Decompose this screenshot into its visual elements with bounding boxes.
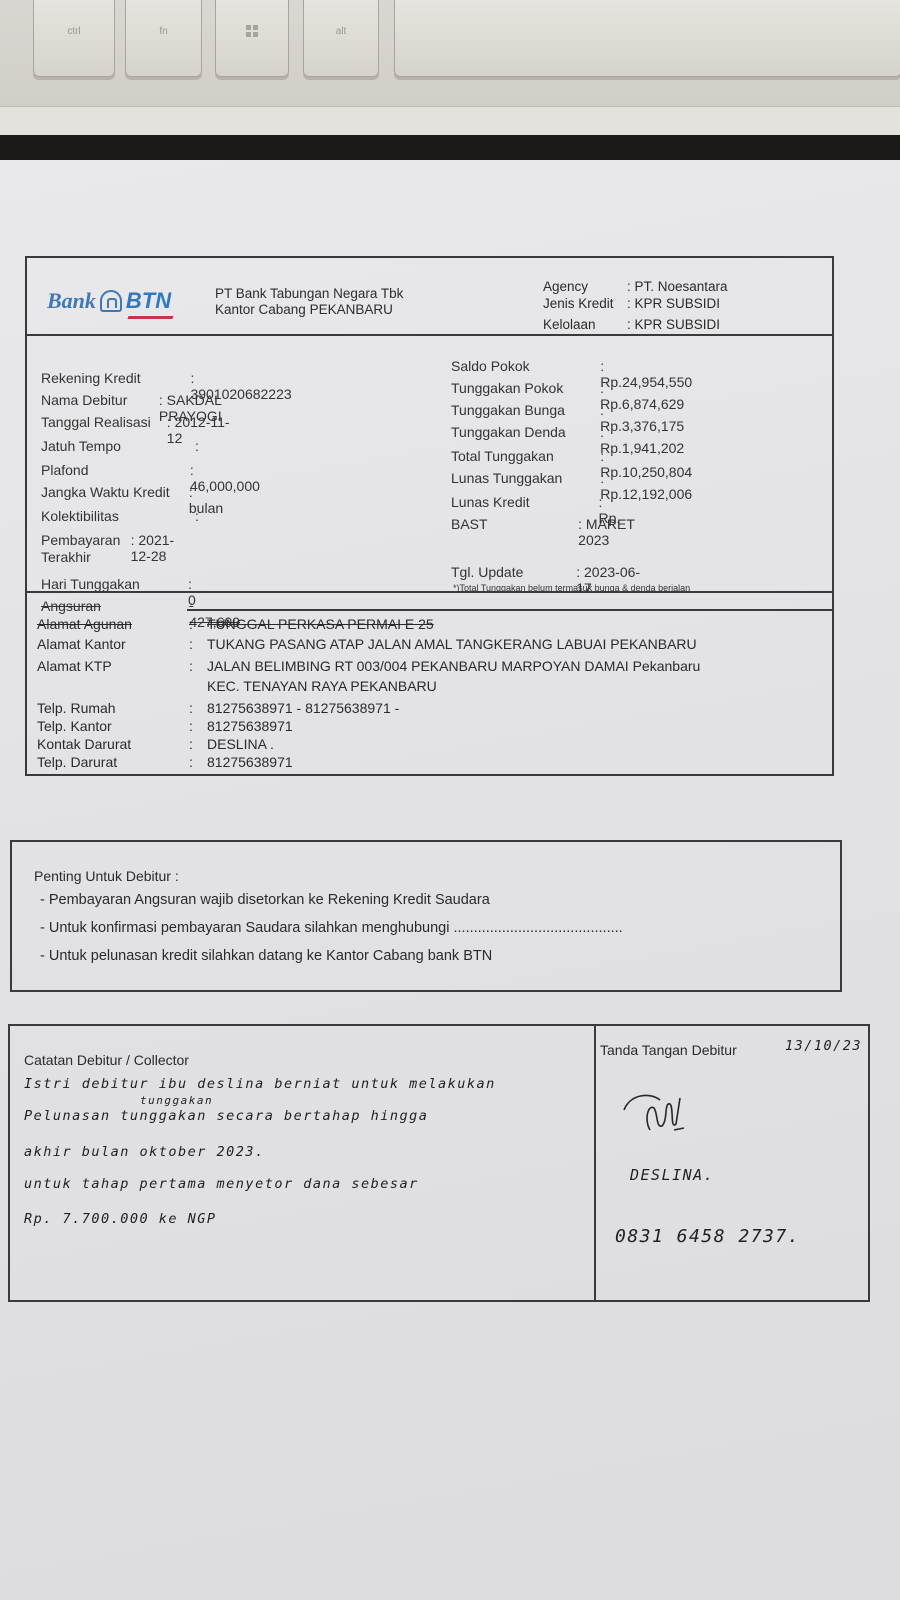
field-label: Jatuh Tempo — [41, 438, 195, 454]
notice-item: - Pembayaran Angsuran wajib disetorkan k… — [40, 892, 490, 908]
meta-agency: Agency: PT. Noesantara — [543, 278, 728, 295]
field-value: : MARET 2023 — [578, 516, 654, 548]
colon: : — [189, 736, 207, 752]
spacebar — [394, 0, 900, 77]
handwritten-note-line: akhir bulan oktober 2023. — [24, 1144, 265, 1160]
handwritten-note-line: Istri debitur ibu deslina berniat untuk … — [24, 1076, 496, 1092]
field-row: Jatuh Tempo: — [41, 438, 199, 454]
address-row: Telp. Rumah:81275638971 - 81275638971 - — [37, 700, 399, 716]
colon: : — [189, 616, 207, 632]
field-label: Alamat KTP — [37, 658, 189, 694]
address-row: Alamat Kantor:TUKANG PASANG ATAP JALAN A… — [37, 636, 697, 652]
logo-btn-text: BTN — [126, 288, 171, 314]
header-meta: Agency: PT. Noesantara Jenis Kredit: KPR… — [543, 278, 728, 333]
colon: : — [189, 718, 207, 734]
account-info-box: Bank BTN PT Bank Tabungan Negara Tbk Kan… — [25, 256, 834, 776]
field-label: Telp. Kantor — [37, 718, 189, 734]
signature-title: Tanda Tangan Debitur — [600, 1042, 737, 1058]
field-value: DESLINA . — [207, 736, 274, 752]
signatory-phone: 0831 6458 2737. — [615, 1226, 800, 1247]
field-label: Telp. Darurat — [37, 754, 189, 770]
field-row: Kolektibilitas: — [41, 508, 199, 524]
field-value: : — [195, 438, 199, 454]
handwritten-note-line: untuk tahap pertama menyetor dana sebesa… — [24, 1176, 419, 1192]
alt-key: alt — [303, 0, 379, 77]
keyboard-edge — [0, 106, 900, 135]
colon: : — [189, 754, 207, 770]
field-label: Alamat Agunan — [37, 616, 189, 632]
field-value: TUNGGAL PERKASA PERMAI E 25 — [207, 616, 434, 632]
field-row: BAST: MARET 2023 — [451, 516, 654, 548]
notes-divider — [594, 1026, 596, 1300]
windows-icon — [246, 25, 258, 37]
notice-title: Penting Untuk Debitur : — [34, 868, 179, 884]
colon: : — [189, 700, 207, 716]
signature-mark — [620, 1090, 700, 1146]
meta-jenis-kredit: Jenis Kredit: KPR SUBSIDI — [543, 295, 728, 312]
logo-bank-text: Bank — [47, 288, 96, 314]
section-divider-2 — [187, 609, 832, 611]
field-value: : — [195, 508, 199, 524]
colon: : — [189, 636, 207, 652]
field-value: JALAN BELIMBING RT 003/004 PEKANBARU MAR… — [207, 658, 700, 674]
field-value: TUKANG PASANG ATAP JALAN AMAL TANGKERANG… — [207, 636, 697, 652]
document-paper: Bank BTN PT Bank Tabungan Negara Tbk Kan… — [0, 160, 900, 1600]
header-divider — [27, 334, 832, 336]
branch-name: Kantor Cabang PEKANBARU — [215, 302, 403, 318]
notice-item: - Untuk konfirmasi pembayaran Saudara si… — [40, 920, 623, 936]
field-row: Pembayaran Terakhir: 2021-12-28 — [41, 532, 177, 566]
field-label: Alamat Kantor — [37, 636, 189, 652]
company-name: PT Bank Tabungan Negara Tbk — [215, 286, 403, 302]
address-row: Alamat KTP:JALAN BELIMBING RT 003/004 PE… — [37, 658, 700, 694]
signature-date: 13/10/23 — [785, 1038, 862, 1054]
field-value: 81275638971 - 81275638971 - — [207, 700, 399, 716]
field-label: Kolektibilitas — [41, 508, 195, 524]
field-value: : 2021-12-28 — [131, 532, 177, 566]
address-row: Telp. Kantor:81275638971 — [37, 718, 293, 734]
signatory-name: DESLINA. — [630, 1166, 714, 1184]
notes-title: Catatan Debitur / Collector — [24, 1052, 189, 1068]
notice-box: Penting Untuk Debitur : - Pembayaran Ang… — [10, 840, 842, 992]
bank-btn-logo: Bank BTN — [47, 288, 171, 314]
field-value-line2: KEC. TENAYAN RAYA PEKANBARU — [207, 678, 700, 694]
keyboard: ctrl fn alt — [0, 0, 900, 135]
windows-key — [215, 0, 289, 77]
notes-box: Catatan Debitur / Collector Istri debitu… — [8, 1024, 870, 1302]
section-divider — [27, 591, 832, 593]
address-row: Alamat Agunan:TUNGGAL PERKASA PERMAI E 2… — [37, 616, 434, 632]
btn-house-icon — [100, 290, 122, 312]
field-label: BAST — [451, 516, 578, 548]
meta-kelolaan: Kelolaan: KPR SUBSIDI — [543, 316, 728, 333]
bank-name: PT Bank Tabungan Negara Tbk Kantor Caban… — [215, 286, 403, 318]
field-value: 81275638971 — [207, 718, 293, 734]
field-label: Telp. Rumah — [37, 700, 189, 716]
fn-key: fn — [125, 0, 202, 77]
ctrl-key: ctrl — [33, 0, 115, 77]
notice-item: - Untuk pelunasan kredit silahkan datang… — [40, 948, 492, 964]
field-label: Kontak Darurat — [37, 736, 189, 752]
field-value: 81275638971 — [207, 754, 293, 770]
address-row: Kontak Darurat:DESLINA . — [37, 736, 274, 752]
handwritten-note-line: Rp. 7.700.000 ke NGP — [24, 1211, 217, 1227]
colon: : — [189, 658, 207, 694]
address-row: Telp. Darurat:81275638971 — [37, 754, 293, 770]
handwritten-note-line: Pelunasan tunggakan secara bertahap hing… — [24, 1108, 428, 1124]
handwritten-insert: tunggakan — [140, 1094, 213, 1107]
field-label: Pembayaran Terakhir — [41, 532, 131, 566]
